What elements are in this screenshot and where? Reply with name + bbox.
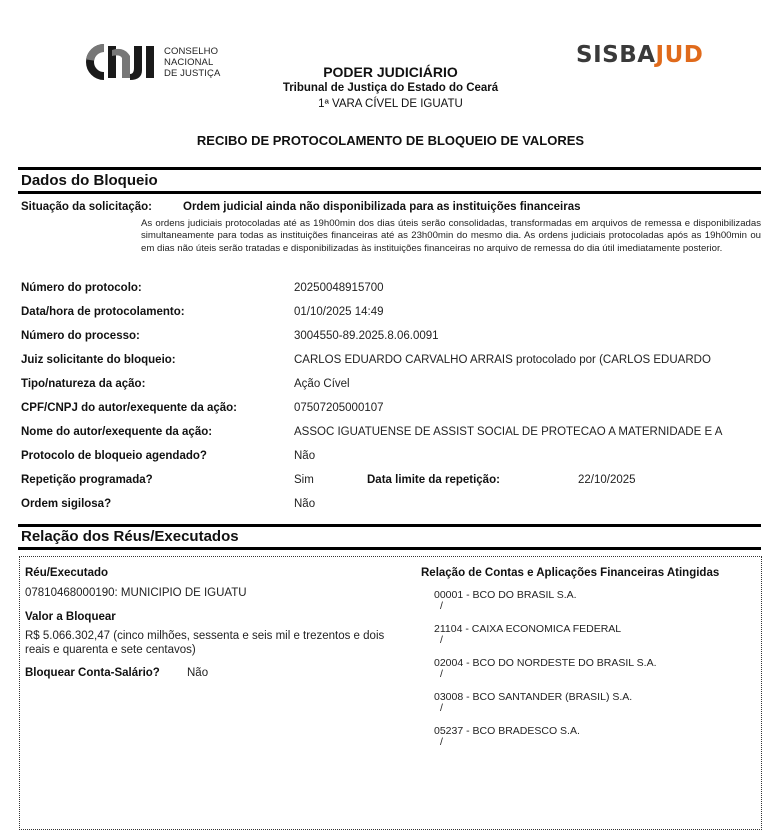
field-label: Repetição programada? <box>21 474 153 486</box>
field-value: 3004550-89.2025.8.06.0091 <box>294 330 439 342</box>
field-label: Protocolo de bloqueio agendado? <box>21 450 207 462</box>
conta-salario-label: Bloquear Conta-Salário? <box>25 667 160 679</box>
bank-name: 00001 - BCO DO BRASIL S.A. <box>434 589 577 601</box>
field-value: Ação Cível <box>294 378 350 390</box>
field-value: CARLOS EDUARDO CARVALHO ARRAIS protocola… <box>294 354 711 366</box>
conta-salario-value: Não <box>187 667 208 679</box>
situacao-value: Ordem judicial ainda não disponibilizada… <box>183 201 581 213</box>
document-title: RECIBO DE PROTOCOLAMENTO DE BLOQUEIO DE … <box>3 133 775 148</box>
conta-salario-row: Bloquear Conta-Salário? Não <box>25 667 405 681</box>
field-value: Sim <box>294 474 314 486</box>
field-label: Número do processo: <box>21 330 140 342</box>
field-label: Data/hora de protocolamento: <box>21 306 185 318</box>
field-label: Número do protocolo: <box>21 282 142 294</box>
field-value: 20250048915700 <box>294 282 384 294</box>
field-value: Não <box>294 450 315 462</box>
list-item-bank: 02004 - BCO DO NORDESTE DO BRASIL S.A. / <box>434 657 751 679</box>
cnj-logo-line: CONSELHO <box>164 46 220 57</box>
bank-name: 21104 - CAIXA ECONOMICA FEDERAL <box>434 623 621 635</box>
header-tribunal: Tribunal de Justiça do Estado do Ceará <box>3 82 775 94</box>
bank-detail: / <box>440 737 751 747</box>
section-divider <box>18 547 761 550</box>
section-divider <box>18 167 761 170</box>
field-value: 01/10/2025 14:49 <box>294 306 384 318</box>
bank-detail: / <box>440 703 751 713</box>
reu-label: Réu/Executado <box>25 567 405 579</box>
bank-detail: / <box>440 669 751 679</box>
bank-detail: / <box>440 601 751 611</box>
section-title-dados-bloqueio: Dados do Bloqueio <box>21 172 158 189</box>
valor-value: R$ 5.066.302,47 (cinco milhões, sessenta… <box>25 629 405 657</box>
valor-label: Valor a Bloquear <box>25 611 405 623</box>
field-label: Tipo/natureza da ação: <box>21 378 145 390</box>
list-item-bank: 00001 - BCO DO BRASIL S.A. / <box>434 589 751 611</box>
field-value-data-limite: 22/10/2025 <box>578 474 636 486</box>
section-divider <box>18 191 761 194</box>
header-poder-judiciario: PODER JUDICIÁRIO <box>3 64 775 80</box>
field-value: ASSOC IGUATUENSE DE ASSIST SOCIAL DE PRO… <box>294 426 722 438</box>
field-label-data-limite: Data limite da repetição: <box>367 474 500 486</box>
field-label: Ordem sigilosa? <box>21 498 111 510</box>
section-title-reus: Relação dos Réus/Executados <box>21 528 239 545</box>
field-value: Não <box>294 498 315 510</box>
bank-name: 03008 - BCO SANTANDER (BRASIL) S.A. <box>434 691 632 703</box>
reus-box: Réu/Executado 07810468000190: MUNICIPIO … <box>19 556 762 830</box>
header-vara: 1ª VARA CÍVEL DE IGUATU <box>3 98 775 110</box>
list-item-bank: 21104 - CAIXA ECONOMICA FEDERAL / <box>434 623 751 645</box>
bank-detail: / <box>440 635 751 645</box>
field-label: CPF/CNPJ do autor/exequente da ação: <box>21 402 237 414</box>
bank-name: 05237 - BCO BRADESCO S.A. <box>434 725 580 737</box>
field-value: 07507205000107 <box>294 402 384 414</box>
section-divider <box>18 524 761 527</box>
contas-label: Relação de Contas e Aplicações Financeir… <box>421 567 751 579</box>
situacao-note: As ordens judiciais protocoladas até as … <box>141 218 761 255</box>
reu-details: Réu/Executado 07810468000190: MUNICIPIO … <box>25 567 405 681</box>
list-item-bank: 05237 - BCO BRADESCO S.A. / <box>434 725 751 747</box>
contas-atingidas: Relação de Contas e Aplicações Financeir… <box>421 567 751 747</box>
list-item-bank: 03008 - BCO SANTANDER (BRASIL) S.A. / <box>434 691 751 713</box>
bank-name: 02004 - BCO DO NORDESTE DO BRASIL S.A. <box>434 657 657 669</box>
reu-value: 07810468000190: MUNICIPIO DE IGUATU <box>25 587 405 599</box>
situacao-label: Situação da solicitação: <box>21 201 152 213</box>
field-label: Juiz solicitante do bloqueio: <box>21 354 176 366</box>
field-label: Nome do autor/exequente da ação: <box>21 426 212 438</box>
